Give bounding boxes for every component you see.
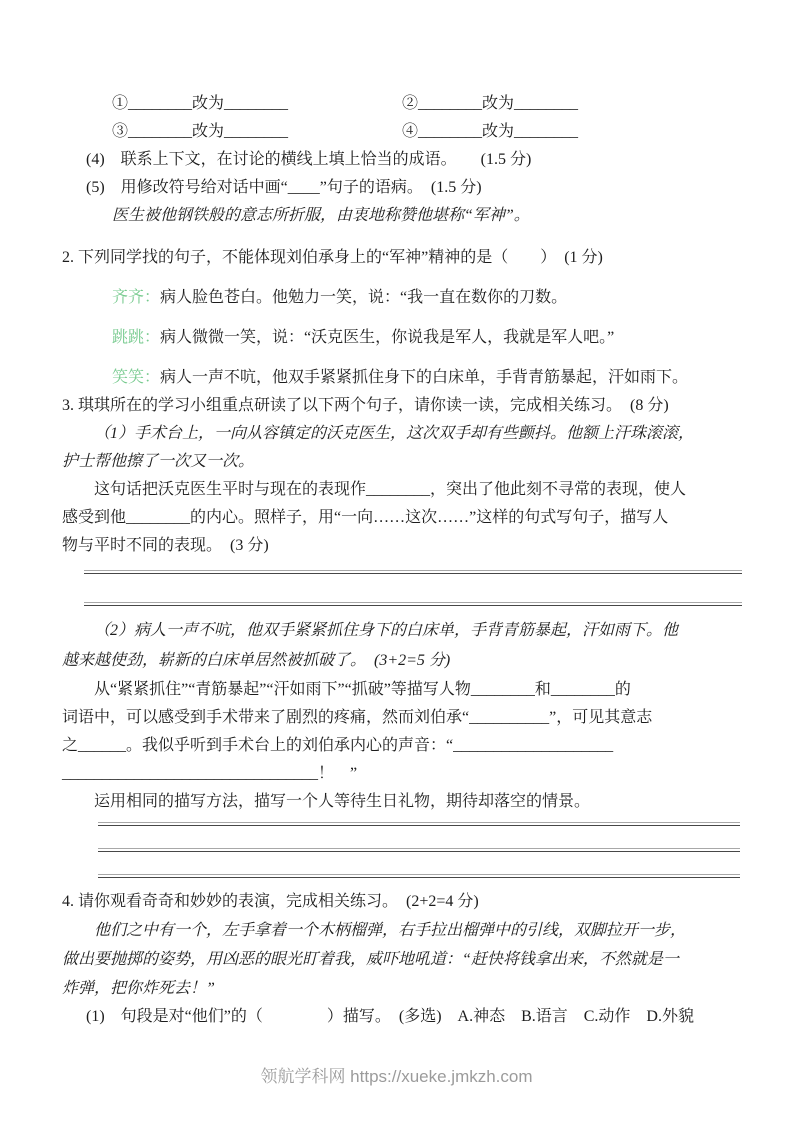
answer-line: [98, 848, 740, 852]
worksheet-content: ①________改为________ ②________改为________ …: [62, 90, 746, 1031]
q2-item-xiaoxiao: 笑笑：病人一声不吭，他双手紧紧抓住身下的白床单，手背青筋暴起，汗如雨下。: [62, 364, 746, 392]
q3-analysis-1-line: 物与平时不同的表现。 (3 分): [62, 532, 746, 560]
q1-dialog-sentence: 医生被他钢铁般的意志所折服，由衷地称赞他堪称“军神”。: [62, 202, 746, 230]
q3-analysis-2-line: 从“紧紧抓住”“青筋暴起”“汗如雨下”“抓破”等描写人物________和___…: [62, 676, 746, 704]
q4-passage-line: 炸弹，把你炸死去！”: [62, 974, 746, 1003]
q4-title: 4. 请你观看奇奇和妙妙的表演，完成相关练习。 (2+2=4 分): [62, 888, 746, 916]
q3-excerpt-2-line: （2）病人一声不吭，他双手紧紧抓住身下的白床单，手背青筋暴起，汗如雨下。他: [62, 616, 746, 646]
q3-excerpt-2-line: 越来越使劲，崭新的白床单居然被抓破了。 (3+2=5 分): [62, 646, 746, 676]
q1-correction-item-3: ③________改为________: [62, 118, 402, 146]
q3-excerpt-1-line: （1）手术台上，一向从容镇定的沃克医生，这次双手却有些颤抖。他额上汗珠滚滚，: [62, 420, 746, 448]
answer-line: [84, 570, 742, 574]
q4-passage-line: 做出要抛掷的姿势，用凶恶的眼光盯着我，威吓地吼道：“赶快将钱拿出来，不然就是一: [62, 945, 746, 974]
q1-correction-row-2: ③________改为________ ④________改为________: [62, 118, 746, 146]
answer-line: [98, 822, 740, 826]
q4-sub1-line: (1) 句段是对“他们”的（ ）描写。 (多选) A.神态 B.语言 C.动作 …: [62, 1003, 746, 1031]
q3-analysis-2-line: 词语中，可以感受到手术带来了剧烈的疼痛，然而刘伯承“__________”，可见…: [62, 704, 746, 732]
q2-item-tiaotiao: 跳跳：病人微微一笑，说：“沃克医生，你说我是军人，我就是军人吧。”: [62, 324, 746, 352]
answer-line: [98, 874, 740, 878]
student-quote: 病人一声不吭，他双手紧紧抓住身下的白床单，手背青筋暴起，汗如雨下。: [160, 369, 688, 386]
answer-line: [84, 602, 742, 606]
q3-writing-prompt: 运用相同的描写方法，描写一个人等待生日礼物，期待却落空的情景。: [62, 788, 746, 816]
footer-watermark: 领航学科网 https://xueke.jmkzh.com: [0, 1062, 793, 1087]
worksheet-page: ①________改为________ ②________改为________ …: [0, 0, 793, 1122]
q3-analysis-2-line: ________________________________！ ”: [62, 760, 746, 788]
q3-excerpt-1-line: 护士帮他擦了一次又一次。: [62, 448, 746, 476]
student-name-label: 跳跳：: [112, 329, 160, 346]
q1-correction-item-1: ①________改为________: [62, 90, 402, 118]
q1-correction-item-2: ②________改为________: [402, 90, 746, 118]
student-quote: 病人微微一笑，说：“沃克医生，你说我是军人，我就是军人吧。”: [160, 329, 614, 346]
q1-sub5-line: (5) 用修改符号给对话中画“____”句子的语病。 (1.5 分): [62, 174, 746, 202]
q1-correction-row-1: ①________改为________ ②________改为________: [62, 90, 746, 118]
q1-sub4-line: (4) 联系上下文，在讨论的横线上填上恰当的成语。 (1.5 分): [62, 146, 746, 174]
student-name-label: 齐齐：: [112, 289, 160, 306]
q1-correction-item-4: ④________改为________: [402, 118, 746, 146]
student-quote: 病人脸色苍白。他勉力一笑，说：“我一直在数你的刀数。: [160, 289, 567, 306]
q3-analysis-2-line: 之______。我似乎听到手术台上的刘伯承内心的声音：“____________…: [62, 732, 746, 760]
student-name-label: 笑笑：: [112, 369, 160, 386]
q3-analysis-1-line: 感受到他________的内心。照样子，用“一向……这次……”这样的句式写句子，…: [62, 504, 746, 532]
q3-title: 3. 琪琪所在的学习小组重点研读了以下两个句子，请你读一读，完成相关练习。 (8…: [62, 392, 746, 420]
q3-analysis-1-line: 这句话把沃克医生平时与现在的表现作________，突出了他此刻不寻常的表现，使…: [62, 476, 746, 504]
q2-item-qiqi: 齐齐：病人脸色苍白。他勉力一笑，说：“我一直在数你的刀数。: [62, 284, 746, 312]
q4-passage-line: 他们之中有一个，左手拿着一个木柄榴弹，右手拉出榴弹中的引线，双脚拉开一步，: [62, 916, 746, 945]
q2-title: 2. 下列同学找的句子，不能体现刘伯承身上的“军神”精神的是（ ） (1 分): [62, 244, 746, 272]
